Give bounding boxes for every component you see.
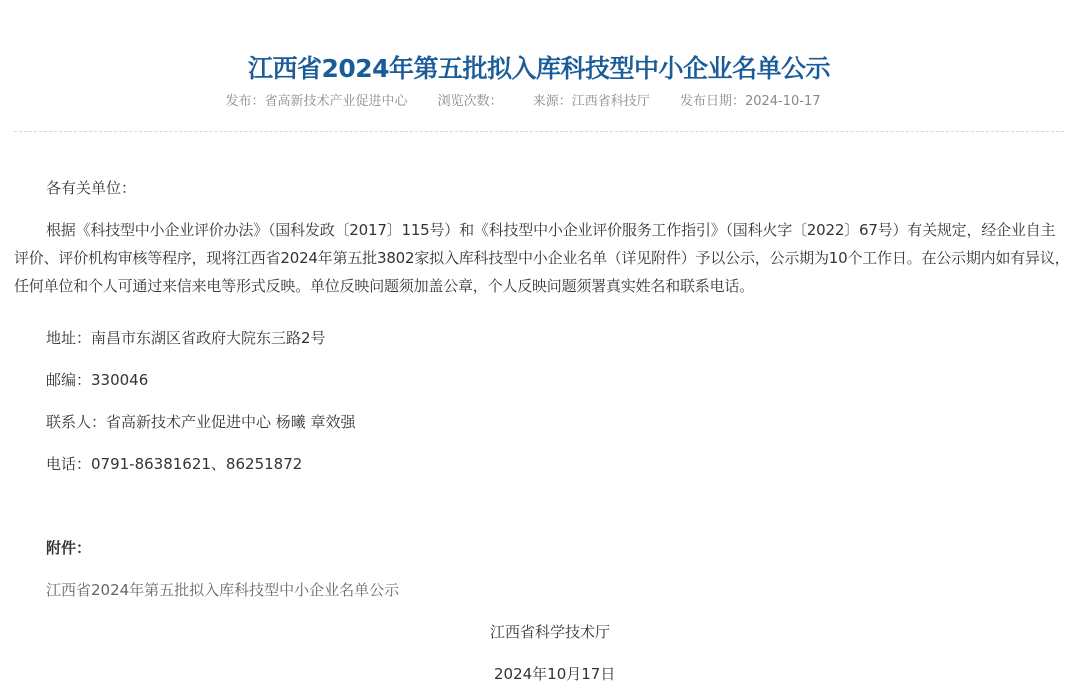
greeting: 各有关单位：: [46, 174, 136, 202]
meta-source: 来源：江西省科技厅: [533, 93, 650, 111]
attachment-label: 附件：: [46, 534, 91, 562]
signature-date: 2024年10月17日: [494, 660, 615, 688]
contact-person: 联系人：省高新技术产业促进中心 杨曦 章效强: [46, 408, 356, 436]
signature-organization: 江西省科学技术厅: [490, 618, 610, 646]
article-title: 江西省2024年第五批拟入库科技型中小企业名单公示: [0, 51, 1074, 87]
attachment-link[interactable]: 江西省2024年第五批拟入库科技型中小企业名单公示: [46, 576, 399, 604]
meta-publisher: 发布：省高新技术产业促进中心: [225, 93, 407, 111]
address: 地址：南昌市东湖区省政府大院东三路2号: [46, 324, 326, 352]
header-divider: [14, 131, 1064, 132]
phone: 电话：0791-86381621、86251872: [46, 450, 302, 478]
postcode: 邮编：330046: [46, 366, 148, 394]
meta-publish-date: 发布日期：2024-10-17: [680, 93, 821, 111]
article-meta: 发布：省高新技术产业促进中心 浏览次数： 来源：江西省科技厅 发布日期：2024…: [0, 93, 1046, 111]
main-paragraph: 根据《科技型中小企业评价办法》（国科发政〔2017〕115号）和《科技型中小企业…: [14, 216, 1070, 300]
meta-views: 浏览次数：: [438, 93, 503, 111]
